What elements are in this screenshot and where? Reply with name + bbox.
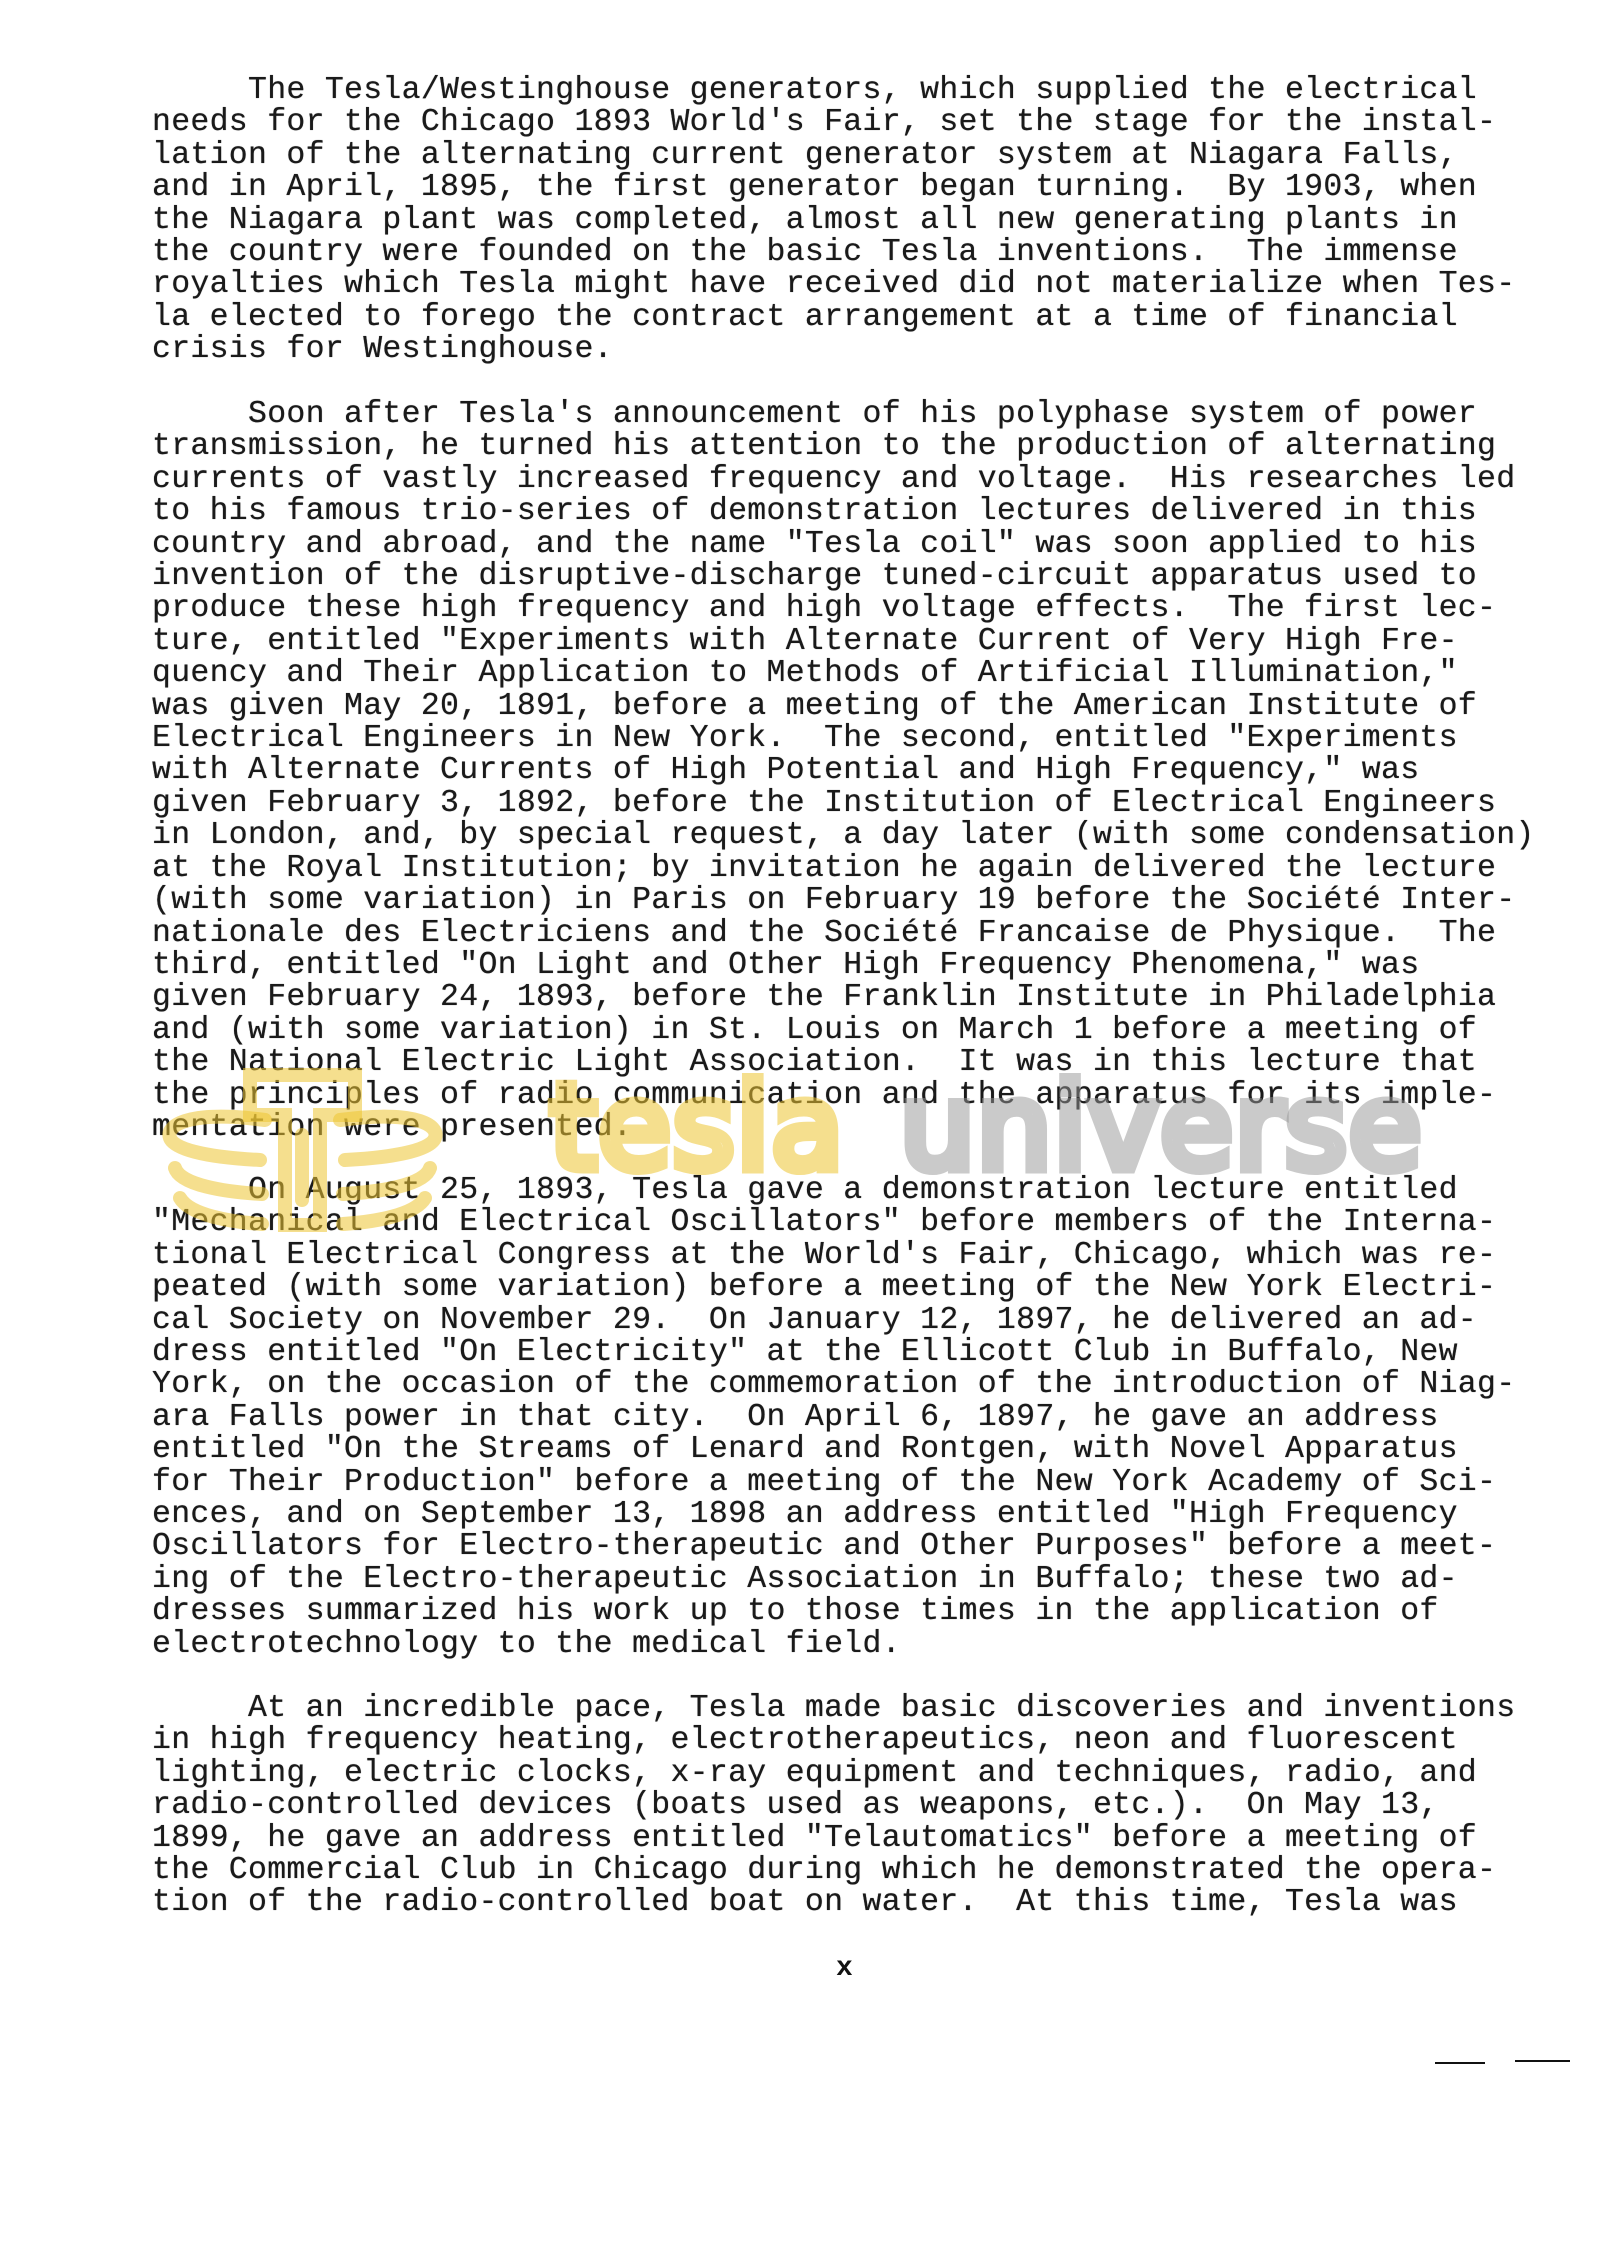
text-line: entitled "On the Streams of Lenard and R… [152,1434,1515,1466]
text-line: At an incredible pace, Tesla made basic … [152,1693,1515,1725]
text-line: crisis for Westinghouse. [152,334,1515,366]
text-line: transmission, he turned his attention to… [152,431,1535,463]
text-line: third, entitled "On Light and Other High… [152,950,1535,982]
text-line: York, on the occasion of the commemorati… [152,1369,1515,1401]
scan-mark-line [1515,2060,1570,2062]
text-line: "Mechanical and Electrical Oscillators" … [152,1207,1515,1239]
text-line: the Commercial Club in Chicago during wh… [152,1855,1515,1887]
text-line: produce these high frequency and high vo… [152,593,1535,625]
text-line: On August 25, 1893, Tesla gave a demonst… [152,1175,1515,1207]
text-line: dress entitled "On Electricity" at the E… [152,1337,1515,1369]
text-line: was given May 20, 1891, before a meeting… [152,691,1535,723]
text-line: mentation were presented. [152,1112,1535,1144]
text-line: quency and Their Application to Methods … [152,658,1535,690]
text-line: peated (with some variation) before a me… [152,1272,1515,1304]
text-line: 1899, he gave an address entitled "Telau… [152,1823,1515,1855]
paragraph-oscillators-addresses: On August 25, 1893, Tesla gave a demonst… [152,1175,1515,1661]
text-line: tional Electrical Congress at the World'… [152,1240,1515,1272]
text-line: ara Falls power in that city. On April 6… [152,1402,1515,1434]
text-line: invention of the disruptive-discharge tu… [152,561,1535,593]
text-line: needs for the Chicago 1893 World's Fair,… [152,107,1515,139]
text-line: to his famous trio-series of demonstrati… [152,496,1535,528]
text-line: currents of vastly increased frequency a… [152,464,1535,496]
text-line: Electrical Engineers in New York. The se… [152,723,1535,755]
text-line: lighting, electric clocks, x-ray equipme… [152,1758,1515,1790]
text-line: at the Royal Institution; by invitation … [152,853,1535,885]
text-line: the National Electric Light Association.… [152,1047,1535,1079]
text-line: Oscillators for Electro-therapeutic and … [152,1531,1515,1563]
text-line: with Alternate Currents of High Potentia… [152,755,1535,787]
text-line: the country were founded on the basic Te… [152,237,1515,269]
paragraph-high-frequency-lectures: Soon after Tesla's announcement of his p… [152,399,1535,1144]
text-line: and (with some variation) in St. Louis o… [152,1015,1535,1047]
text-line: cal Society on November 29. On January 1… [152,1305,1515,1337]
text-line: The Tesla/Westinghouse generators, which… [152,75,1515,107]
text-line: ture, entitled "Experiments with Alterna… [152,626,1535,658]
text-line: given February 24, 1893, before the Fran… [152,982,1535,1014]
text-line: lation of the alternating current genera… [152,140,1515,172]
text-line: electrotechnology to the medical field. [152,1629,1515,1661]
text-line: la elected to forego the contract arrang… [152,302,1515,334]
text-line: the principles of radio communication an… [152,1080,1535,1112]
text-line: royalties which Tesla might have receive… [152,269,1515,301]
text-line: tion of the radio-controlled boat on wat… [152,1887,1515,1919]
text-line: in high frequency heating, electrotherap… [152,1725,1515,1757]
text-line: Soon after Tesla's announcement of his p… [152,399,1535,431]
text-line: country and abroad, and the name "Tesla … [152,529,1535,561]
text-line: radio-controlled devices (boats used as … [152,1790,1515,1822]
page-number: x [836,1953,853,1984]
text-line: given February 3, 1892, before the Insti… [152,788,1535,820]
document-page: The Tesla/Westinghouse generators, which… [0,0,1600,2268]
text-line: in London, and, by special request, a da… [152,820,1535,852]
text-line: for Their Production" before a meeting o… [152,1467,1515,1499]
text-line: the Niagara plant was completed, almost … [152,205,1515,237]
text-line: nationale des Electriciens and the Socié… [152,918,1535,950]
text-line: (with some variation) in Paris on Februa… [152,885,1535,917]
text-line: ing of the Electro-therapeutic Associati… [152,1564,1515,1596]
paragraph-westinghouse-generators: The Tesla/Westinghouse generators, which… [152,75,1515,367]
text-line: ences, and on September 13, 1898 an addr… [152,1499,1515,1531]
text-line: dresses summarized his work up to those … [152,1596,1515,1628]
paragraph-discoveries-inventions: At an incredible pace, Tesla made basic … [152,1693,1515,1920]
text-line: and in April, 1895, the first generator … [152,172,1515,204]
scan-mark-line [1435,2062,1485,2064]
